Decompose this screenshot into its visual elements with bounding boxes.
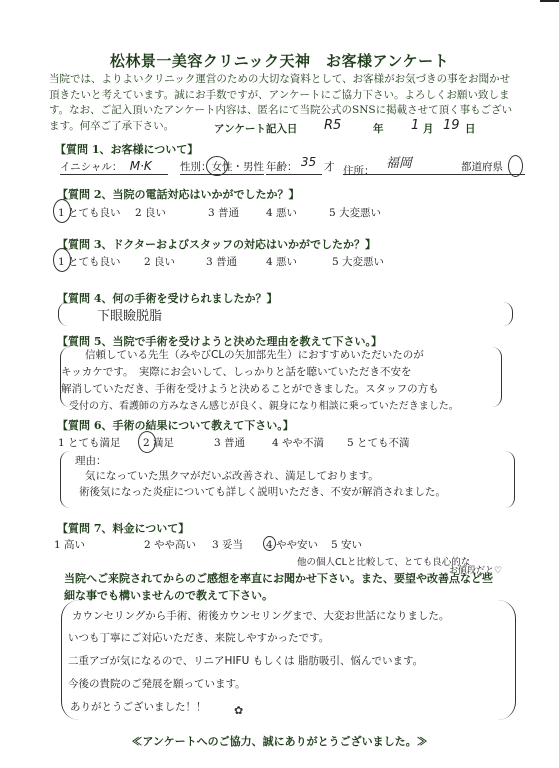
q2-option-5[interactable]: 5 大変悪い [329, 205, 381, 220]
q2-option-2[interactable]: 2 良い [135, 205, 166, 220]
prefecture-selected-circle [508, 155, 523, 177]
q6-heading: 【質問 6、手術の結果について教えて下さい。】 [57, 417, 294, 433]
initial-value: M·K [130, 159, 152, 173]
q3-option-3[interactable]: 3 普通 [206, 254, 237, 269]
q7-option-2[interactable]: 2 やや高い [144, 537, 196, 552]
feedback-line-1: カウンセリングから手術、術後カウンセリングまで、大変お世話になりました。 [72, 608, 449, 623]
address-label: 住所： [343, 165, 375, 177]
q1-fields: イニシャル： M·K 性別：女性・男性 年齢： 35 才 住所： 福岡 都道府県 [60, 155, 530, 177]
feedback-prompt: 当院へご来院されてからのご感想を率直にお聞かせ下さい。また、要望や改善点など些細… [64, 570, 494, 604]
q5-answer-line-3: 解消していただき、手術を受けようと決めることができました。スタッフの方も [61, 381, 439, 396]
survey-title: 松林景一美容クリニック天神 お客様アンケート [0, 50, 559, 71]
q3-option-2[interactable]: 2 良い [144, 254, 175, 269]
date-month-unit: 月 [423, 121, 434, 136]
q7-heading: 【質問 7、料金について】 [57, 520, 189, 536]
scan-edge-mark [540, 0, 559, 2]
q2-options: 1 とても良い 2 良い 3 普通 4 悪い 5 大変悪い [58, 205, 478, 221]
q3-selected-circle [53, 248, 71, 272]
q3-option-5[interactable]: 5 大変悪い [332, 254, 384, 269]
q5-answer-line-2: キッカケです。 実際にお会いして、しっかりと話を聴いていただき不安を [61, 364, 412, 379]
age-label: 年齢： [266, 161, 298, 173]
q2-selected-circle [53, 199, 71, 223]
q6-reason-line-1: 気になっていた黒クマがだいぶ改善され、満足しております。 [85, 468, 379, 483]
gender-separator: ・ [233, 161, 244, 173]
feedback-line-5: ありがとうございました！！ [70, 699, 207, 714]
q6-option-4[interactable]: 4 やや不満 [272, 435, 324, 450]
address-value: 福岡 [386, 156, 412, 171]
q7-selected-circle [263, 536, 276, 551]
prefecture-suffix: 都道府県 [461, 159, 503, 174]
q6-option-5[interactable]: 5 とても不満 [347, 435, 410, 450]
q3-heading: 【質問 3、ドクターおよびスタッフの対応はいかがでしたか？】 [57, 236, 376, 252]
q2-option-3[interactable]: 3 普通 [208, 205, 239, 220]
q3-option-4[interactable]: 4 悪い [266, 254, 297, 269]
q4-answer: 下眼瞼脱脂 [97, 305, 162, 324]
age-value: 35 [301, 155, 316, 169]
q6-reason-label: 理由： [75, 453, 107, 468]
date-year-unit: 年 [373, 121, 384, 136]
q2-heading: 【質問 2、当院の電話対応はいかがでしたか？】 [57, 186, 299, 202]
q6-reason-line-2: 術後気になった炎症についても詳しく説明いただき、不安が解消されました。 [79, 484, 446, 499]
q3-options: 1 とても良い 2 良い 3 普通 4 悪い 5 大変悪い [58, 254, 478, 270]
q5-answer-line-1: 信頼している先生（みやびCLの矢加部先生）におすすめいただいたのが [85, 347, 424, 362]
date-day-unit: 日 [465, 121, 476, 136]
date-month[interactable]: 1 [411, 118, 419, 133]
q7-comment-line-1: 他の個人CLと比較して、とても良心的な [297, 554, 470, 568]
initial-label: イニシャル： [60, 161, 122, 173]
q7-option-3[interactable]: 3 妥当 [212, 537, 243, 552]
initial-field[interactable]: イニシャル： M·K [60, 159, 168, 175]
q7-option-5[interactable]: 5 安い [331, 537, 362, 552]
flower-doodle-icon: ✿ [234, 704, 243, 717]
age-unit: 才 [324, 159, 335, 174]
address-field[interactable]: 住所： 福岡 都道府県 [343, 159, 525, 175]
q6-option-3[interactable]: 3 普通 [214, 435, 245, 450]
survey-footer: ≪アンケートへのご協力、誠にありがとうございました。≫ [0, 733, 559, 749]
feedback-line-2: いつも丁寧にご対応いただき、来院しやすかったです。 [68, 630, 329, 645]
feedback-line-3: 二重アゴが気になるので、リニアHIFU もしくは 脂肪吸引、悩んでいます。 [68, 653, 423, 668]
q6-options: 1 とても満足 2 満足 3 普通 4 やや不満 5 とても不満 [58, 435, 478, 451]
q5-answer-line-4: 受付の方、看護師の方みなさん感じが良く、親身になり相談に乗っていただきました。 [69, 397, 459, 412]
q4-answer-box[interactable]: 下眼瞼脱脂 [58, 302, 513, 326]
q5-answer-box[interactable]: 信頼している先生（みやびCLの矢加部先生）におすすめいただいたのが キッカケです… [60, 347, 502, 407]
date-label: アンケート記入日 [214, 121, 297, 136]
q6-selected-circle [138, 431, 156, 453]
feedback-line-4: 今後の貴院のご発展を願っています。 [68, 676, 246, 691]
date-day[interactable]: 19 [443, 118, 460, 133]
age-field[interactable]: 年齢： 35 [266, 159, 322, 175]
gender-option-male[interactable]: 男性 [243, 161, 264, 173]
q6-reason-box[interactable]: 理由： 気になっていた黒クマがだいぶ改善され、満足しております。 術後気になった… [60, 451, 515, 508]
date-era-year[interactable]: R5 [324, 118, 341, 133]
q7-options: 1 高い 2 やや高い 3 妥当 4 やや安い 5 安い [54, 537, 474, 553]
survey-date-row: アンケート記入日 R5 年 1 月 19 日 [214, 121, 504, 139]
q6-option-1[interactable]: 1 とても満足 [58, 435, 121, 450]
q2-option-4[interactable]: 4 悪い [266, 205, 297, 220]
gender-selected-circle [206, 156, 228, 176]
q7-option-1[interactable]: 1 高い [54, 537, 85, 552]
feedback-answer-box[interactable]: カウンセリングから手術、術後カウンセリングまで、大変お世話になりました。 いつも… [61, 600, 516, 720]
